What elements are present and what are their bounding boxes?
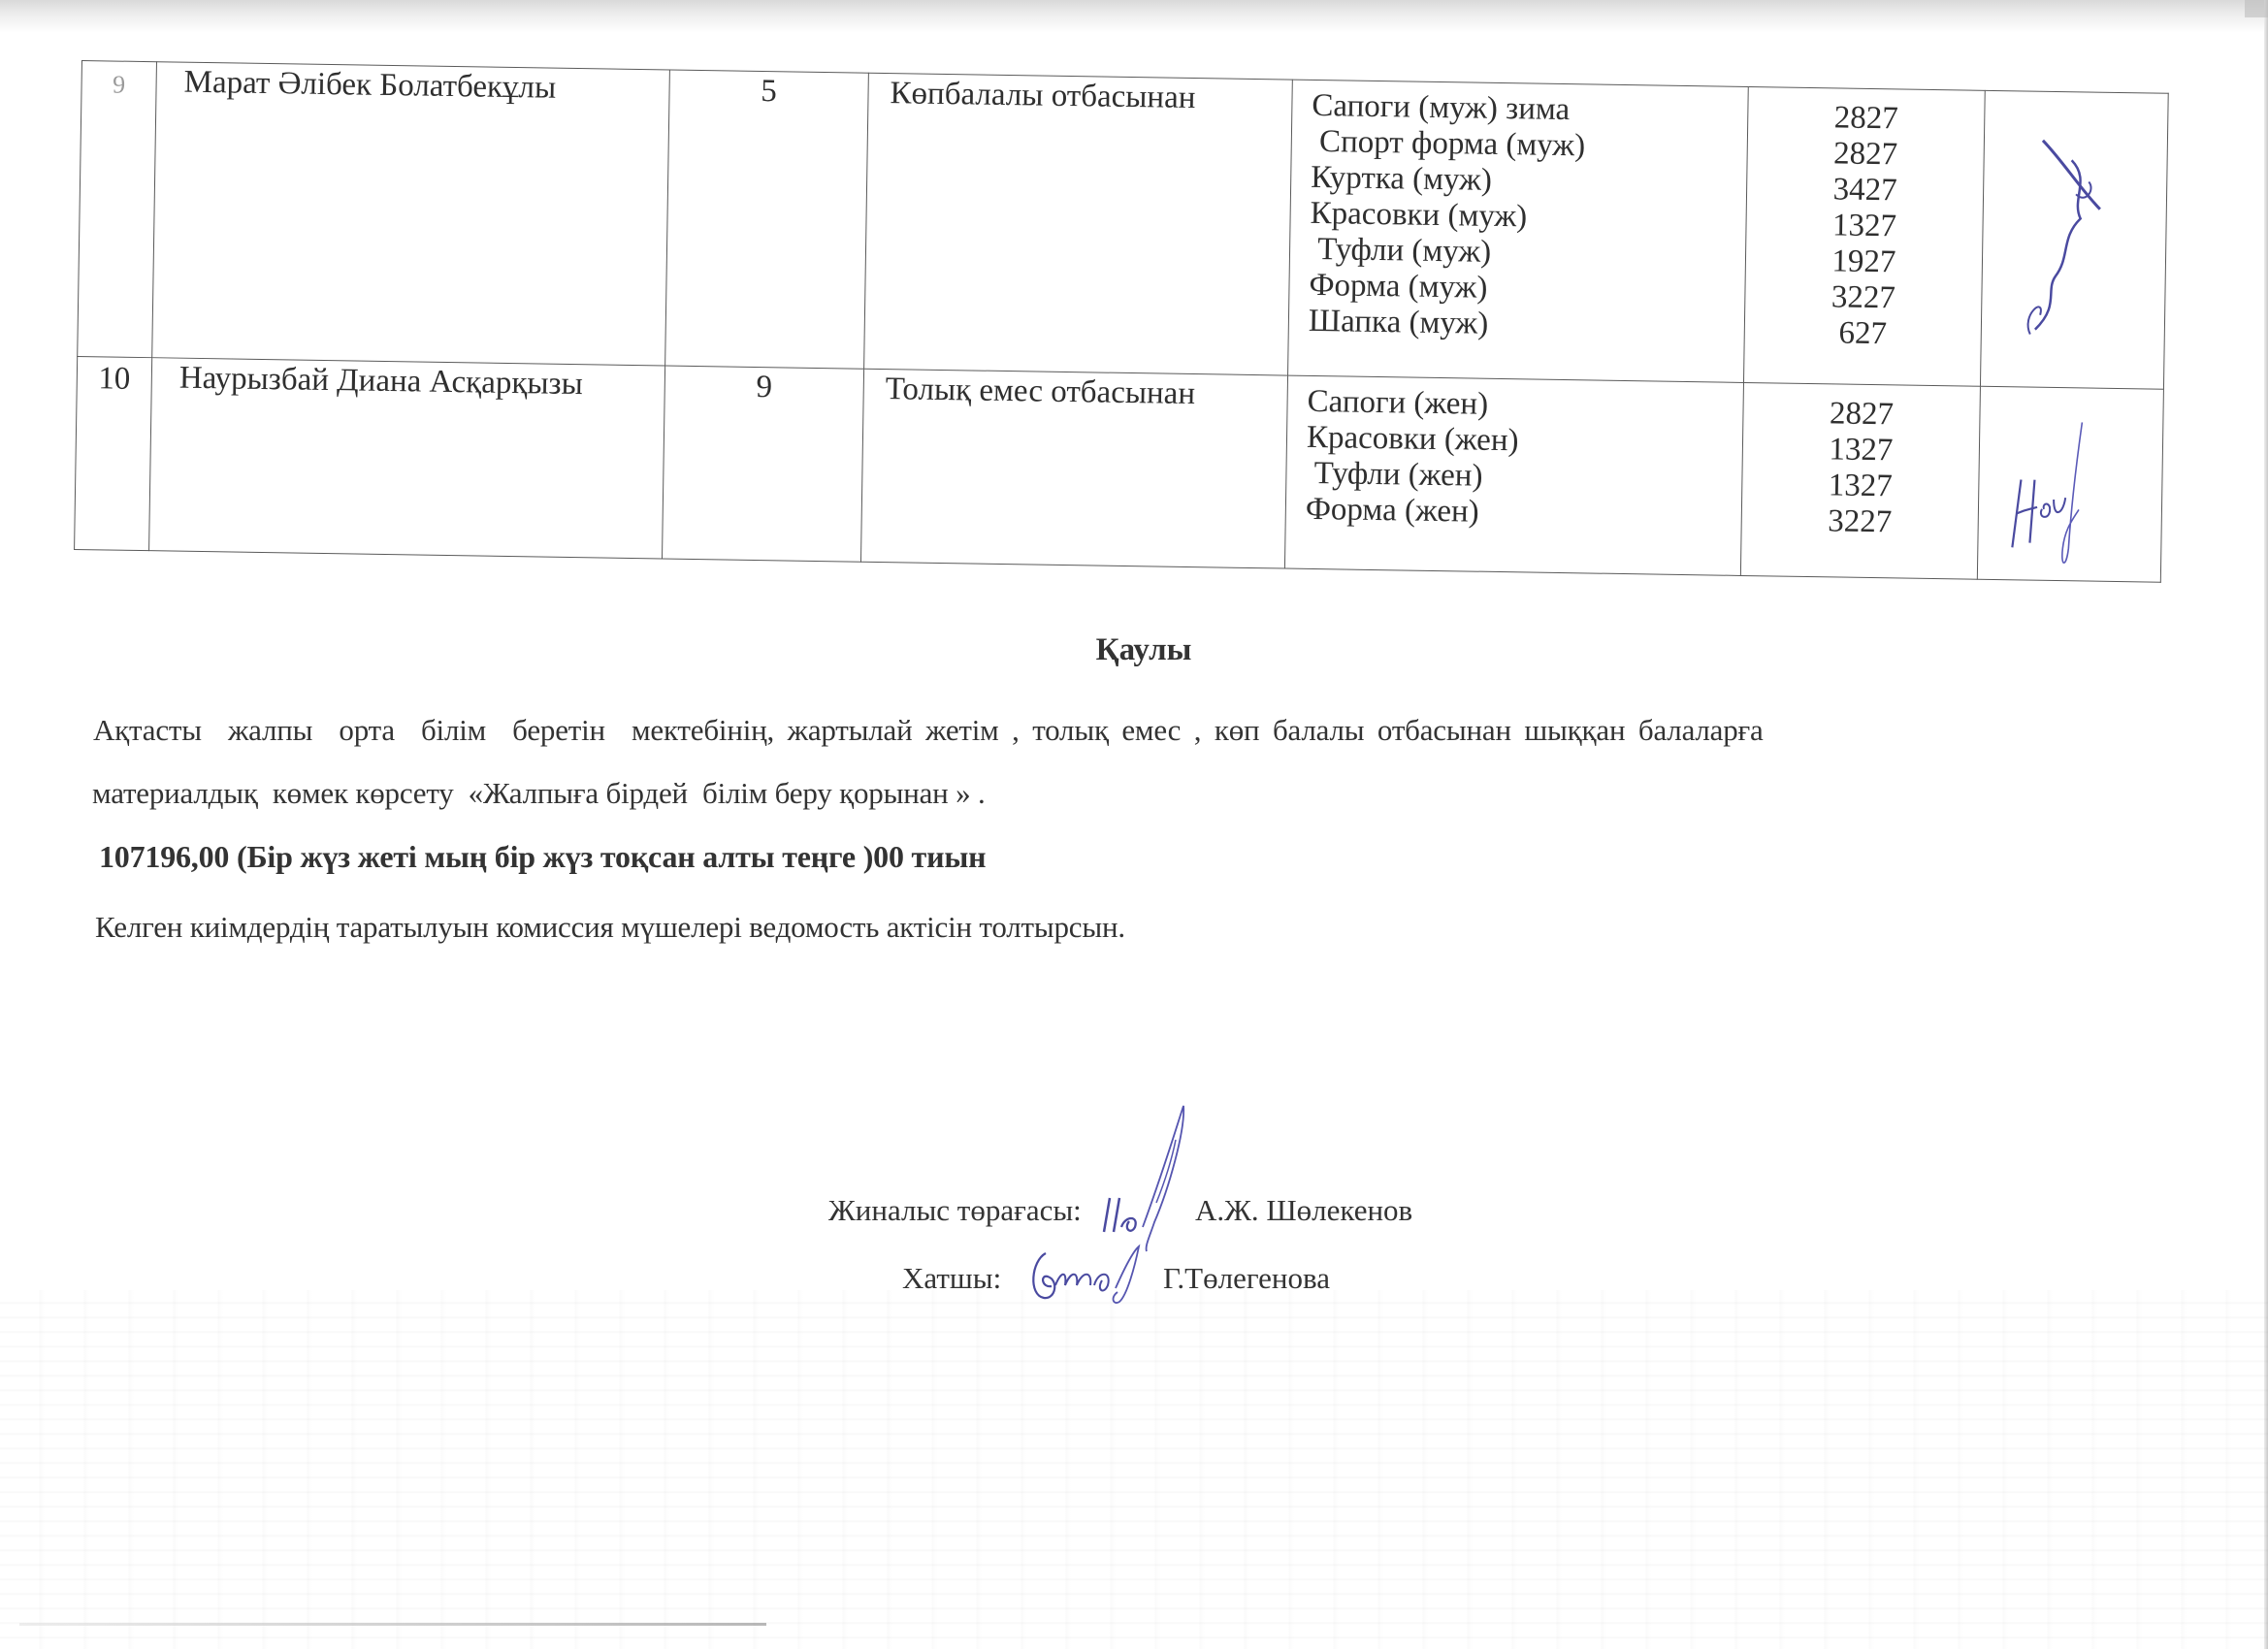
resolution-paragraph-3: Келген киімдердің таратылуын комиссия мү… bbox=[95, 910, 1125, 945]
item-amount: 1927 bbox=[1746, 242, 1983, 282]
row-number-cell: 9 bbox=[78, 61, 157, 358]
handwritten-signature-icon bbox=[2000, 120, 2140, 355]
item-amount: 3427 bbox=[1747, 171, 1984, 210]
recipients-table-container: 9 Марат Әлібек Болатбекұлы 5 Көпбалалы о… bbox=[0, 0, 2268, 655]
chairman-label: Жиналыс төрағасы: bbox=[828, 1193, 1082, 1228]
recipients-table: 9 Марат Әлібек Болатбекұлы 5 Көпбалалы о… bbox=[74, 60, 2169, 583]
signature-cell bbox=[1977, 386, 2163, 582]
items-list: Сапоги (жен) Красовки (жен) Туфли (жен) … bbox=[1286, 376, 1743, 534]
resolution-heading-text: Қаулы bbox=[1096, 632, 1192, 667]
item-amount: 3227 bbox=[1745, 278, 1982, 318]
table-row: 9 Марат Әлібек Болатбекұлы 5 Көпбалалы о… bbox=[78, 61, 2169, 390]
resolution-paragraph-2: материалдық көмек көрсету «Жалпыға бірде… bbox=[92, 776, 986, 811]
resolution-paragraph-1: Ақтасты жалпы орта білім беретін мектебі… bbox=[93, 713, 1764, 748]
resolution-heading: Қаулы bbox=[0, 632, 2268, 668]
secretary-name: Г.Төлегенова bbox=[1163, 1261, 1330, 1296]
category-cell: Көпбалалы отбасынан bbox=[864, 73, 1293, 375]
family-category: Көпбалалы отбасынан bbox=[868, 74, 1292, 118]
class-cell: 9 bbox=[663, 366, 864, 562]
family-category: Толық емес отбасынан bbox=[863, 370, 1287, 414]
scan-artifact-line bbox=[19, 1623, 766, 1626]
student-name: Марат Әлібек Болатбекұлы bbox=[156, 62, 669, 108]
item-amount: 2827 bbox=[1748, 99, 1985, 139]
item-amount: 2827 bbox=[1747, 135, 1984, 175]
class-cell: 5 bbox=[665, 70, 869, 369]
items-cell: Сапоги (жен) Красовки (жен) Туфли (жен) … bbox=[1284, 375, 1743, 575]
item-amount: 1327 bbox=[1743, 431, 1980, 470]
class-number: 5 bbox=[669, 71, 868, 112]
scan-corner bbox=[2245, 0, 2268, 17]
handwritten-signature-icon bbox=[1993, 411, 2131, 578]
item-amount: 1327 bbox=[1746, 207, 1983, 246]
row-number: 10 bbox=[98, 361, 131, 397]
total-amount-line: 107196,00 (Бір жүз жеті мың бір жүз тоқс… bbox=[99, 839, 986, 875]
secretary-label: Хатшы: bbox=[902, 1261, 1001, 1296]
item-amount: 2827 bbox=[1743, 395, 1980, 435]
item-amount: 627 bbox=[1745, 314, 1982, 354]
items-list: Сапоги (муж) зима Спорт форма (муж) Курт… bbox=[1289, 81, 1748, 346]
item-amount: 3227 bbox=[1741, 502, 1978, 542]
signature-cell bbox=[1980, 90, 2168, 389]
table-row: 10 Наурызбай Диана Асқарқызы 9 Толық еме… bbox=[75, 356, 2164, 582]
secretary-signature-icon bbox=[1026, 1242, 1162, 1309]
amounts-cell: 2827 2827 3427 1327 1927 3227 627 bbox=[1743, 86, 1985, 386]
category-cell: Толық емес отбасынан bbox=[860, 369, 1287, 568]
amounts-list: 2827 2827 3427 1327 1927 3227 627 bbox=[1745, 87, 1985, 354]
chairman-signature-icon bbox=[1096, 1101, 1203, 1256]
name-cell: Марат Әлібек Болатбекұлы bbox=[152, 62, 670, 366]
amounts-cell: 2827 1327 1327 3227 bbox=[1740, 382, 1980, 579]
amounts-list: 2827 1327 1327 3227 bbox=[1741, 383, 1979, 542]
item-amount: 1327 bbox=[1742, 467, 1979, 506]
chairman-name: А.Ж. Шөлекенов bbox=[1195, 1193, 1412, 1228]
student-name: Наурызбай Диана Асқарқызы bbox=[152, 358, 665, 404]
row-number-cell: 10 bbox=[75, 356, 152, 550]
item-name: Шапка (муж) bbox=[1309, 304, 1745, 346]
row-number: 9 bbox=[113, 71, 125, 99]
class-number: 9 bbox=[665, 366, 864, 406]
scan-bleed-through bbox=[0, 1290, 2268, 1649]
name-cell: Наурызбай Диана Асқарқызы bbox=[149, 358, 665, 559]
item-name: Форма (жен) bbox=[1306, 492, 1742, 534]
items-cell: Сапоги (муж) зима Спорт форма (муж) Курт… bbox=[1288, 80, 1749, 382]
